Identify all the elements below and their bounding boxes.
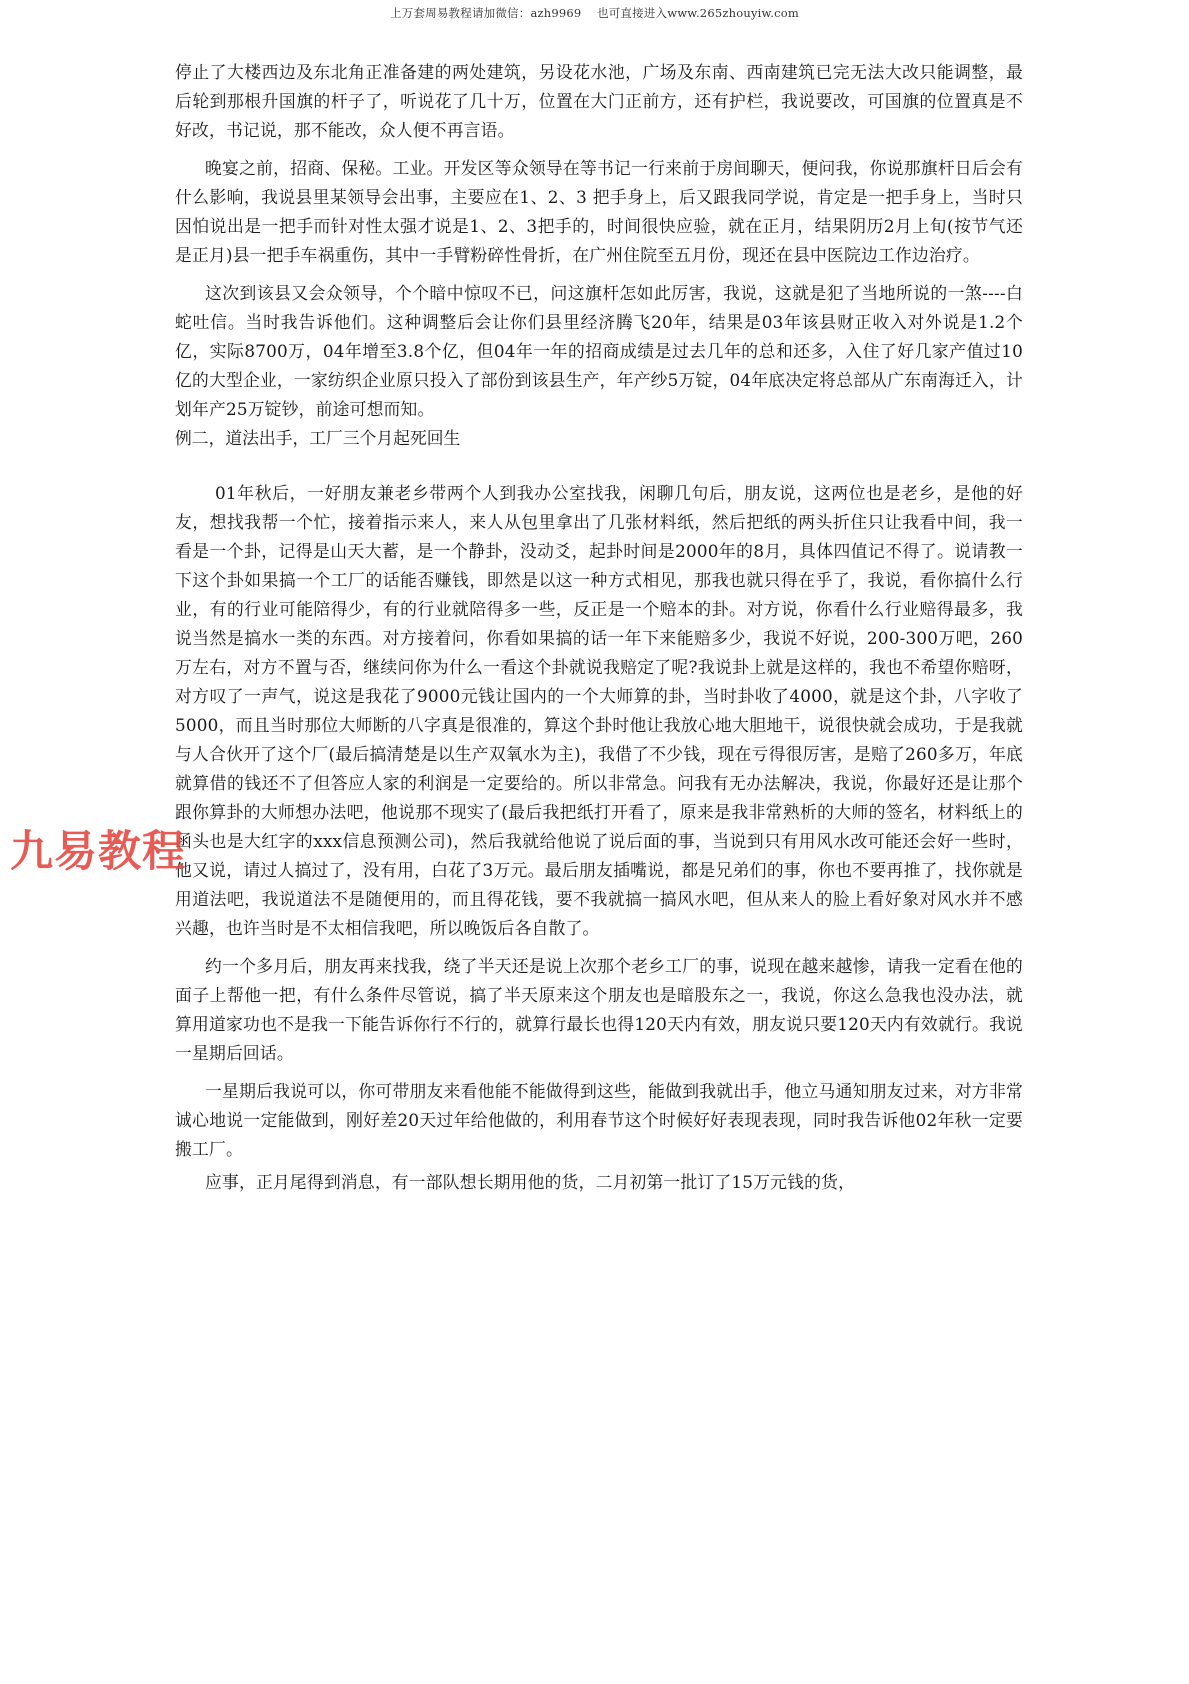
paragraph-1: 停止了大楼西边及东北角正准备建的两处建筑，另设花水池，广场及东南、西南建筑已完无… <box>175 58 1023 145</box>
paragraph-4: 01年秋后，一好朋友兼老乡带两个人到我办公室找我，闲聊几句后，朋友说，这两位也是… <box>175 479 1023 943</box>
section-heading: 例二，道法出手，工厂三个月起死回生 <box>175 424 1023 453</box>
paragraph-5: 约一个多月后，朋友再来找我，绕了半天还是说上次那个老乡工厂的事，说现在越来越惨，… <box>175 952 1023 1068</box>
spacer <box>175 453 1023 479</box>
spacer <box>175 943 1023 952</box>
brand-watermark-logo: 九易教程 <box>10 818 186 879</box>
paragraph-3: 这次到该县又会众领导，个个暗中惊叹不已，问这旗杆怎如此厉害，我说，这就是犯了当地… <box>175 279 1023 424</box>
document-body: 停止了大楼西边及东北角正准备建的两处建筑，另设花水池，广场及东南、西南建筑已完无… <box>175 58 1023 1197</box>
header-watermark-text: 上万套周易教程请加微信：azh9969 也可直接进入www.265zhouyiw… <box>0 5 1189 21</box>
spacer <box>175 270 1023 279</box>
spacer <box>175 145 1023 154</box>
paragraph-7: 应事，正月尾得到消息，有一部队想长期用他的货，二月初第一批订了15万元钱的货， <box>175 1168 1023 1197</box>
paragraph-6: 一星期后我说可以，你可带朋友来看他能不能做得到这些，能做到我就出手，他立马通知朋… <box>175 1077 1023 1164</box>
paragraph-2: 晚宴之前，招商、保秘。工业。开发区等众领导在等书记一行来前于房间聊天，便问我，你… <box>175 154 1023 270</box>
spacer <box>175 1068 1023 1077</box>
